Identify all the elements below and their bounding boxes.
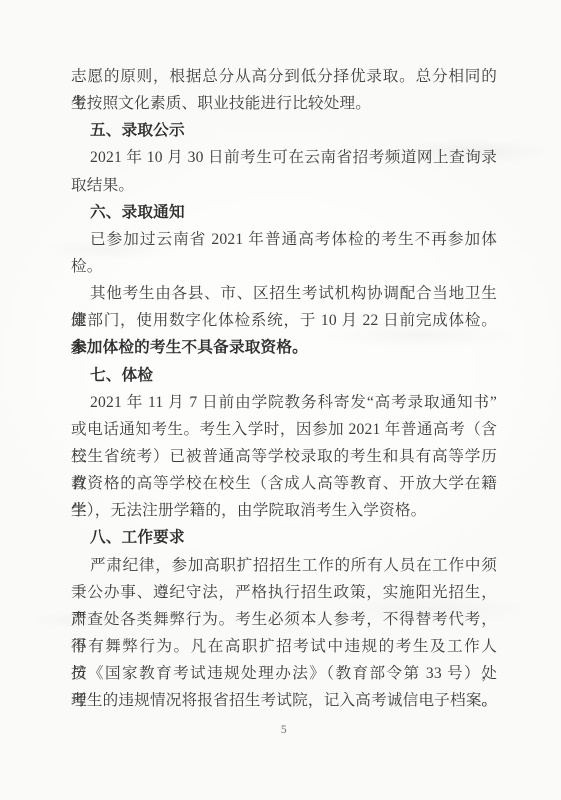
document-text-block: 志愿的原则，根据总分从高分到低分择优录取。总分相同的考生按照文化素质、职业技能进… [71,63,497,714]
text-line-6: 六、录取通知 [71,199,497,226]
text-segment: 取结果。 [71,177,134,194]
text-line-21: 肃查处各类舞弊行为。考生必须本人参考，不得替考代考，不 [71,606,497,633]
text-line-9: 其他考生由各县、市、区招生考试机构协调配合当地卫生健 [71,280,497,307]
text-segment: 严肃纪律，参加高职扩招招生工作的所有人员在工作中须 [90,557,497,574]
text-segment: 参加体检的考生不具备录取资格。 [71,339,308,356]
text-line-11: 参加体检的考生不具备录取资格。 [71,334,497,361]
text-segment: 六、录取通知 [90,204,185,221]
text-line-16: 育资格的高等学校在校生（含成人高等教育、开放大学在籍学 [71,470,497,497]
text-line-20: 秉公办事、遵纪守法，严格执行招生政策，实施阳光招生，严 [71,579,497,606]
text-line-22: 得有舞弊行为。凡在高职扩招考试中违规的考生及工作人员， [71,633,497,660]
text-line-15: 校生省统考）已被普通高等学校录取的考生和具有高等学历教 [71,443,497,470]
text-line-1: 志愿的原则，根据总分从高分到低分择优录取。总分相同的考 [71,63,497,90]
text-segment: 2021 年 10 月 30 日前考生可在云南省招考频道网上查询录 [90,149,497,166]
text-line-5: 取结果。 [71,172,497,199]
text-line-23: 按《国家教育考试违规处理办法》（教育部令第 33 号）处理。 [71,660,497,687]
scanned-document-page: 志愿的原则，根据总分从高分到低分择优录取。总分相同的考生按照文化素质、职业技能进… [0,0,561,800]
text-line-17: 生），无法注册学籍的，由学院取消考生入学资格。 [71,497,497,524]
text-line-14: 或电话通知考生。考生入学时，因参加 2021 年普通高考（含三 [71,416,497,443]
text-segment: 检。 [71,258,103,275]
text-line-10: 康部门，使用数字化体检系统，于 10 月 22 日前完成体检。未 [71,307,497,334]
page-number: 5 [71,724,497,736]
text-line-4: 2021 年 10 月 30 日前考生可在云南省招考频道网上查询录 [71,144,497,171]
text-segment: 2021 年 11 月 7 日前由学院教务科寄发“高考录取通知书” [90,394,497,411]
text-segment: 八、工作要求 [90,529,185,546]
text-line-24: 考生的违规情况将报省招生考试院，记入高考诚信电子档案。 [71,687,497,714]
text-line-2: 生按照文化素质、职业技能进行比较处理。 [71,90,497,117]
text-line-8: 检。 [71,253,497,280]
text-segment: 已参加过云南省 2021 年普通高考体检的考生不再参加体 [90,231,497,248]
text-segment: 生按照文化素质、职业技能进行比较处理。 [71,95,371,112]
text-line-19: 严肃纪律，参加高职扩招招生工作的所有人员在工作中须 [71,552,497,579]
text-segment: 生），无法注册学籍的，由学院取消考生入学资格。 [71,502,426,519]
text-line-12: 七、体检 [71,362,497,389]
text-line-18: 八、工作要求 [71,524,497,551]
text-line-3: 五、录取公示 [71,117,497,144]
text-segment: 七、体检 [90,367,153,384]
text-line-13: 2021 年 11 月 7 日前由学院教务科寄发“高考录取通知书” [71,389,497,416]
text-segment: 康部门，使用数字化体检系统，于 10 月 22 日前完成体检。 [71,312,497,329]
text-line-7: 已参加过云南省 2021 年普通高考体检的考生不再参加体 [71,226,497,253]
text-segment: 五、录取公示 [90,122,185,139]
text-segment: 考生的违规情况将报省招生考试院，记入高考诚信电子档案。 [71,692,497,709]
